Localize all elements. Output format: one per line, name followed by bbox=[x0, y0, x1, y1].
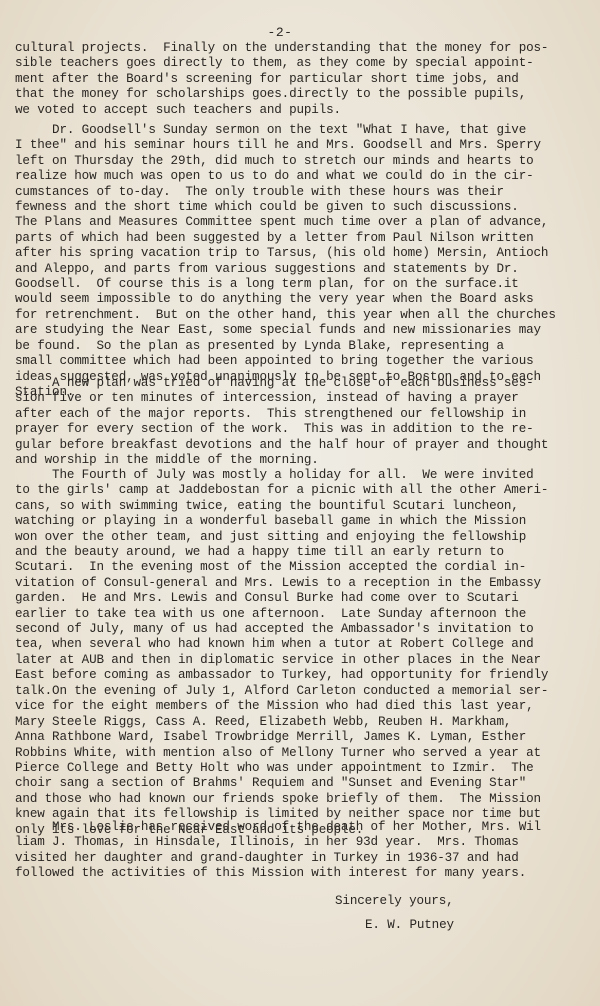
text-line: fewness and the short time which could b… bbox=[15, 200, 556, 215]
text-line: we voted to accept such teachers and pup… bbox=[15, 103, 548, 118]
text-line: Goodsell. Of course this is a long term … bbox=[15, 277, 556, 292]
text-line: vice for the eight members of the Missio… bbox=[15, 699, 548, 714]
text-line: prayer for every section of the work. Th… bbox=[15, 422, 548, 437]
text-line: I thee" and his seminar hours till he an… bbox=[15, 138, 556, 153]
paragraph-goodsell-sermon: Dr. Goodsell's Sunday sermon on the text… bbox=[15, 123, 556, 400]
text-line: would seem impossible to do anything the… bbox=[15, 292, 556, 307]
paragraph-fourth-of-july: The Fourth of July was mostly a holiday … bbox=[15, 468, 548, 699]
text-line: On the evening of July 1, Alford Carleto… bbox=[15, 684, 548, 699]
text-line: to the girls' camp at Jaddebostan for a … bbox=[15, 483, 548, 498]
text-line: East before coming as ambassador to Turk… bbox=[15, 668, 548, 683]
text-line: A new plan was tried of having at the cl… bbox=[15, 376, 548, 391]
text-line: cumstances of to-day. The only trouble w… bbox=[15, 185, 556, 200]
text-line: Pierce College and Betty Holt who was un… bbox=[15, 761, 548, 776]
text-line: Scutari. In the evening most of the Miss… bbox=[15, 560, 548, 575]
text-line: cultural projects. Finally on the unders… bbox=[15, 41, 548, 56]
text-line: followed the activities of this Mission … bbox=[15, 866, 541, 881]
text-line: earlier to take tea with us one afternoo… bbox=[15, 607, 548, 622]
paragraph-leslie-mother: Mrs. Leslie has received word of the dea… bbox=[15, 820, 541, 882]
text-line: left on Thursday the 29th, did much to s… bbox=[15, 154, 556, 169]
text-line: The Plans and Measures Committee spent m… bbox=[15, 215, 556, 230]
text-line: tea, when several who had known him when… bbox=[15, 637, 548, 652]
text-line: The Fourth of July was mostly a holiday … bbox=[15, 468, 548, 483]
text-line: and worship in the middle of the morning… bbox=[15, 453, 548, 468]
text-line: watching or playing in a wonderful baseb… bbox=[15, 514, 548, 529]
text-line: ment after the Board's screening for par… bbox=[15, 72, 548, 87]
text-line: second of July, many of us had accepted … bbox=[15, 622, 548, 637]
text-line: Dr. Goodsell's Sunday sermon on the text… bbox=[15, 123, 556, 138]
text-line: after his spring vacation trip to Tarsus… bbox=[15, 246, 556, 261]
paragraph-intercession: A new plan was tried of having at the cl… bbox=[15, 376, 548, 468]
text-line: won over the other team, and just sittin… bbox=[15, 530, 548, 545]
paragraph-projects: cultural projects. Finally on the unders… bbox=[15, 41, 548, 118]
text-line: garden. He and Mrs. Lewis and Consul Bur… bbox=[15, 591, 548, 606]
page-number: -2- bbox=[0, 25, 560, 40]
text-line: for retrenchment. But on the other hand,… bbox=[15, 308, 556, 323]
text-line: vitation of Consul-general and Mrs. Lewi… bbox=[15, 576, 548, 591]
text-line: that the money for scholarships goes.dir… bbox=[15, 87, 548, 102]
text-line: Anna Rathbone Ward, Isabel Trowbridge Me… bbox=[15, 730, 548, 745]
text-line: small committee which had been appointed… bbox=[15, 354, 556, 369]
text-line: parts of which had been suggested by a l… bbox=[15, 231, 556, 246]
text-line: sion five or ten minutes of intercession… bbox=[15, 391, 548, 406]
text-line: Mary Steele Riggs, Cass A. Reed, Elizabe… bbox=[15, 715, 548, 730]
text-line: visited her daughter and grand-daughter … bbox=[15, 851, 541, 866]
paragraph-memorial-service: On the evening of July 1, Alford Carleto… bbox=[15, 684, 548, 838]
text-line: later at AUB and then in diplomatic serv… bbox=[15, 653, 548, 668]
text-line: and Aleppo, and parts from various sugge… bbox=[15, 262, 556, 277]
text-line: Mrs. Leslie has received word of the dea… bbox=[15, 820, 541, 835]
text-line: choir sang a section of Brahms' Requiem … bbox=[15, 776, 548, 791]
text-line: and those who had known our friends spok… bbox=[15, 792, 548, 807]
signature: E. W. Putney bbox=[365, 918, 454, 932]
text-line: gular before breakfast devotions and the… bbox=[15, 438, 548, 453]
text-line: realize how much was open to us to do an… bbox=[15, 169, 556, 184]
text-line: after each of the major reports. This st… bbox=[15, 407, 548, 422]
closing-salutation: Sincerely yours, bbox=[335, 894, 454, 908]
text-line: be found. So the plan as presented by Ly… bbox=[15, 339, 556, 354]
text-line: and the beauty around, we had a happy ti… bbox=[15, 545, 548, 560]
text-line: sible teachers goes directly to them, as… bbox=[15, 56, 548, 71]
text-line: liam J. Thomas, in Hinsdale, Illinois, i… bbox=[15, 835, 541, 850]
document-page: -2- cultural projects. Finally on the un… bbox=[0, 0, 600, 1006]
text-line: are studying the Near East, some special… bbox=[15, 323, 556, 338]
text-line: Robbins White, with mention also of Mell… bbox=[15, 746, 548, 761]
text-line: cans, so with swimming twice, eating the… bbox=[15, 499, 548, 514]
